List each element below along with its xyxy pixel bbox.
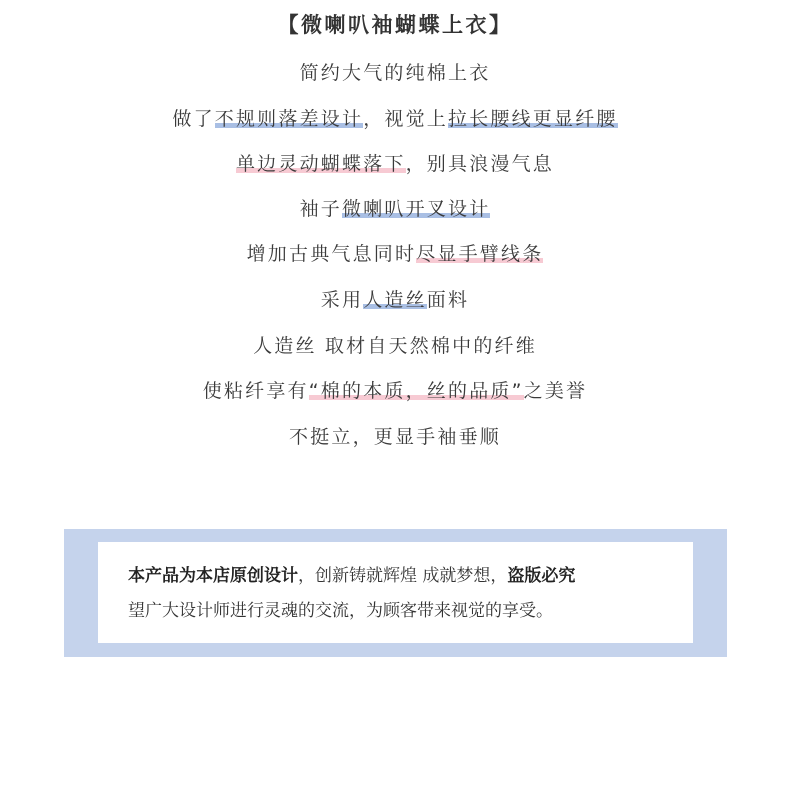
description-line-2: 做了不规则落差设计，视觉上拉长腰线更显纤腰: [0, 106, 790, 132]
line-text: 袖子: [300, 198, 342, 220]
notice-bold-end: 盗版必究: [507, 566, 575, 586]
line-text: ，视觉上: [363, 108, 448, 130]
description-line-5: 增加古典气息同时尽显手臂线条: [0, 241, 790, 267]
description-line-1: 简约大气的纯棉上衣: [0, 60, 790, 86]
highlight-pink: “棉的本质，丝的品质”: [309, 380, 524, 402]
line-text: 简约大气的纯棉上衣: [300, 62, 491, 84]
highlight-blue: 人造丝: [363, 289, 427, 311]
line-text: 使粘纤享有: [203, 380, 309, 402]
copyright-notice-box: 本产品为本店原创设计，创新铸就辉煌 成就梦想，盗版必究 望广大设计师进行灵魂的交…: [98, 542, 693, 643]
notice-bold-start: 本产品为本店原创设计: [128, 566, 298, 586]
product-title: 【微喇叭袖蝴蝶上衣】: [0, 12, 790, 38]
description-line-4: 袖子微喇叭开叉设计: [0, 196, 790, 222]
line-text: 面料: [427, 289, 469, 311]
line-text: 增加古典气息同时: [247, 243, 417, 265]
notice-line-1: 本产品为本店原创设计，创新铸就辉煌 成就梦想，盗版必究: [128, 564, 688, 588]
highlight-blue: 微喇叭开叉设计: [342, 198, 490, 220]
highlight-pink: 尽显手臂线条: [416, 243, 543, 265]
description-line-9: 不挺立，更显手袖垂顺: [0, 424, 790, 450]
line-text: 做了: [172, 108, 214, 130]
highlight-pink: 单边灵动蝴蝶落下: [236, 153, 406, 175]
line-text: 人造丝 取材自天然棉中的纤维: [253, 335, 537, 357]
notice-middle: ，创新铸就辉煌 成就梦想，: [298, 566, 507, 586]
line-text: 采用: [321, 289, 363, 311]
line-text: 不挺立，更显手袖垂顺: [289, 426, 501, 448]
description-line-7: 人造丝 取材自天然棉中的纤维: [0, 333, 790, 359]
description-line-6: 采用人造丝面料: [0, 287, 790, 313]
line-text: 之美誉: [524, 380, 588, 402]
highlight-blue: 拉长腰线更显纤腰: [448, 108, 618, 130]
copyright-notice-panel: 本产品为本店原创设计，创新铸就辉煌 成就梦想，盗版必究 望广大设计师进行灵魂的交…: [64, 529, 727, 657]
line-text: ，别具浪漫气息: [406, 153, 554, 175]
description-line-3: 单边灵动蝴蝶落下，别具浪漫气息: [0, 151, 790, 177]
highlight-blue: 不规则落差设计: [215, 108, 363, 130]
description-line-8: 使粘纤享有“棉的本质，丝的品质”之美誉: [0, 378, 790, 404]
notice-line-2: 望广大设计师进行灵魂的交流，为顾客带来视觉的享受。: [128, 599, 688, 623]
